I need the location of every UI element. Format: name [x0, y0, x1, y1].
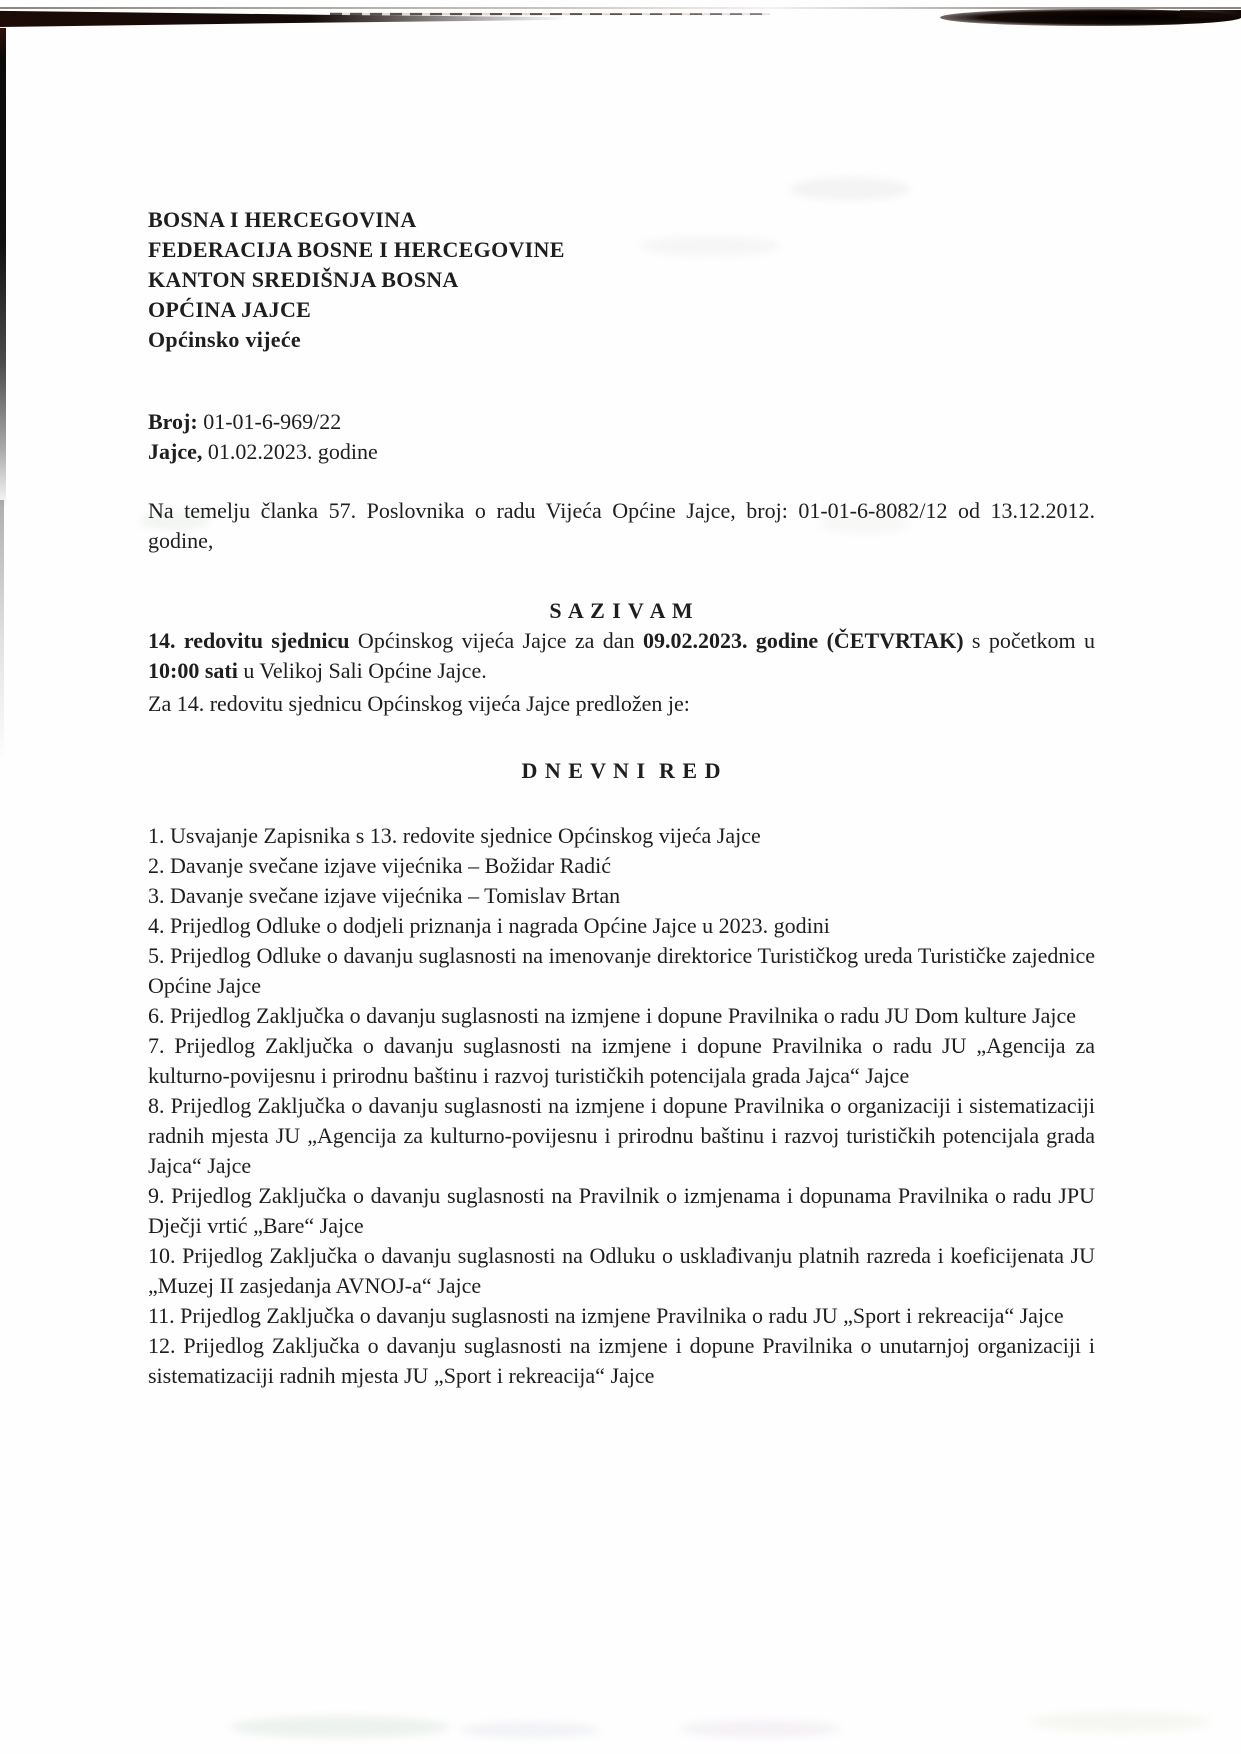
- session-time: 10:00 sati: [148, 658, 238, 683]
- scan-artifact-top-right-edge: [1180, 10, 1241, 18]
- scan-smudge: [790, 178, 910, 200]
- agenda-item: 2. Davanje svečane izjave vijećnika – Bo…: [148, 851, 1095, 881]
- legal-basis-paragraph: Na temelju članka 57. Poslovnika o radu …: [148, 496, 1095, 556]
- agenda-proposal-line: Za 14. redovitu sjednicu Općinskog vijeć…: [148, 689, 1095, 719]
- session-ordinal: 14. redovitu sjednicu: [148, 628, 350, 653]
- agenda-item: 9. Prijedlog Zaključka o davanju suglasn…: [148, 1181, 1095, 1241]
- session-date: 09.02.2023. godine (ČETVRTAK): [643, 628, 964, 653]
- letterhead-line-municipality: OPĆINA JAJCE: [148, 295, 1095, 325]
- reference-number-value: 01-01-6-969/22: [198, 409, 342, 434]
- convocation-paragraph: 14. redovitu sjednicu Općinskog vijeća J…: [148, 626, 1095, 686]
- convocation-text-2: s početkom u: [964, 628, 1095, 653]
- scan-artifact-left-strip: [0, 28, 6, 508]
- letterhead-line-federation: FEDERACIJA BOSNE I HERCEGOVINE: [148, 235, 1095, 265]
- scan-smudge: [460, 1722, 600, 1738]
- scan-smudge: [230, 1716, 450, 1738]
- agenda-item: 11. Prijedlog Zaključka o davanju suglas…: [148, 1301, 1095, 1331]
- scan-artifact-top-mid: [330, 12, 770, 16]
- convocation-text-3: u Velikoj Sali Općine Jajce.: [238, 658, 487, 683]
- agenda-item: 10. Prijedlog Zaključka o davanju suglas…: [148, 1241, 1095, 1301]
- agenda-item: 12. Prijedlog Zaključka o davanju suglas…: [148, 1331, 1095, 1391]
- reference-block: Broj: 01-01-6-969/22 Jajce, 01.02.2023. …: [148, 407, 1095, 467]
- agenda-title: D N E V N I R E D: [148, 756, 1095, 786]
- scan-smudge: [1030, 1712, 1210, 1732]
- letterhead-line-country: BOSNA I HERCEGOVINA: [148, 205, 1095, 235]
- agenda-item: 8. Prijedlog Zaključka o davanju suglasn…: [148, 1091, 1095, 1181]
- convocation-text-1: Općinskog vijeća Jajce za dan: [350, 628, 643, 653]
- scan-artifact-left-strip-tail: [0, 500, 4, 760]
- scan-artifact-top-left: [0, 10, 565, 27]
- scan-smudge: [680, 1720, 840, 1738]
- agenda-item: 1. Usvajanje Zapisnika s 13. redovite sj…: [148, 821, 1095, 851]
- letterhead-line-council: Općinsko vijeće: [148, 325, 1095, 355]
- reference-number-line: Broj: 01-01-6-969/22: [148, 407, 1095, 437]
- agenda-item: 7. Prijedlog Zaključka o davanju suglasn…: [148, 1031, 1095, 1091]
- agenda-list: 1. Usvajanje Zapisnika s 13. redovite sj…: [148, 821, 1095, 1391]
- letterhead-line-canton: KANTON SREDIŠNJA BOSNA: [148, 265, 1095, 295]
- scan-artifact-top-line: [0, 7, 1241, 9]
- reference-number-label: Broj:: [148, 409, 198, 434]
- scan-artifact-top-right: [940, 9, 1241, 26]
- agenda-item: 6. Prijedlog Zaključka o davanju suglasn…: [148, 1001, 1095, 1031]
- document-content: BOSNA I HERCEGOVINA FEDERACIJA BOSNE I H…: [148, 205, 1095, 1391]
- convocation-title: S A Z I V A M: [148, 596, 1095, 626]
- reference-place-label: Jajce,: [148, 439, 202, 464]
- reference-date-line: Jajce, 01.02.2023. godine: [148, 437, 1095, 467]
- agenda-item: 3. Davanje svečane izjave vijećnika – To…: [148, 881, 1095, 911]
- agenda-item: 4. Prijedlog Odluke o dodjeli priznanja …: [148, 911, 1095, 941]
- scanned-document-page: BOSNA I HERCEGOVINA FEDERACIJA BOSNE I H…: [0, 0, 1241, 1754]
- reference-date-value: 01.02.2023. godine: [202, 439, 377, 464]
- letterhead: BOSNA I HERCEGOVINA FEDERACIJA BOSNE I H…: [148, 205, 1095, 355]
- agenda-item: 5. Prijedlog Odluke o davanju suglasnost…: [148, 941, 1095, 1001]
